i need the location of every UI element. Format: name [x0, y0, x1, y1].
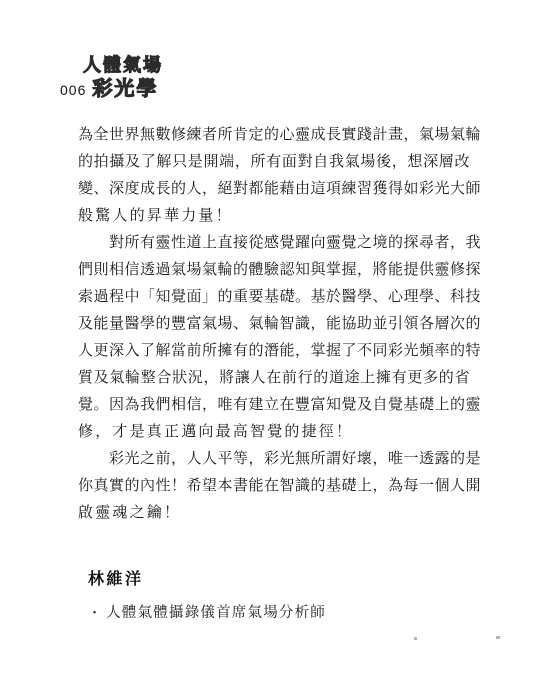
text-line: 為全世界無數修練者所肯定的心靈成長實踐計畫，氣場氣輪 — [78, 122, 470, 149]
text-line: 人更深入了解當前所擁有的潛能，掌握了不同彩光頻率的特 — [78, 338, 470, 365]
paragraph: 對所有靈性道上直接從感覺躍向靈覺之境的探尋者，我們則相信透過氣場氣輪的體驗認知與… — [78, 230, 470, 446]
bullet-icon: ・ — [88, 602, 102, 621]
text-line: 質及氣輪整合狀況，將讓人在前行的道途上擁有更多的省 — [78, 365, 470, 392]
text-line: 你真實的內性！希望本書能在智識的基礎上，為每一個人開 — [78, 473, 470, 500]
scan-speck — [414, 637, 417, 640]
text-line: 彩光之前，人人平等，彩光無所謂好壞，唯一透露的是 — [78, 446, 470, 473]
page-number: 006 — [60, 80, 86, 100]
logo-title-line1: 人體氣場 — [83, 54, 163, 76]
author-credential-row: ・ 人體氣體攝錄儀首席氣場分析師 — [88, 601, 326, 622]
logo-title-line2: 彩光學 — [92, 78, 158, 100]
text-line: 變、深度成長的人，絕對都能藉由這項練習獲得如彩光大師 — [78, 176, 470, 203]
text-line: 的拍攝及了解只是開端，所有面對自我氣場後，想深層改 — [78, 149, 470, 176]
text-line: 修，才是真正邁向最高智覺的捷徑！ — [78, 419, 470, 446]
signature-block: 林維洋 ・ 人體氣體攝錄儀首席氣場分析師 — [88, 566, 326, 622]
text-line: 索過程中「知覺面」的重要基礎。基於醫學、心理學、科技 — [78, 284, 470, 311]
author-name: 林維洋 — [88, 566, 326, 589]
text-line: 對所有靈性道上直接從感覺躍向靈覺之境的探尋者，我 — [78, 230, 470, 257]
text-line: 及能量醫學的豐富氣場、氣輪智識，能協助並引領各層次的 — [78, 311, 470, 338]
paragraph: 彩光之前，人人平等，彩光無所謂好壞，唯一透露的是你真實的內性！希望本書能在智識的… — [78, 446, 470, 527]
book-page: 人體氣場 006 彩光學 為全世界無數修練者所肯定的心靈成長實踐計畫，氣場氣輪的… — [0, 0, 546, 685]
scan-speck — [496, 636, 500, 639]
text-line: 啟靈魂之鑰！ — [78, 500, 470, 527]
body-text: 為全世界無數修練者所肯定的心靈成長實踐計畫，氣場氣輪的拍攝及了解只是開端，所有面… — [78, 122, 470, 527]
text-line: 覺。因為我們相信，唯有建立在豐富知覺及自覺基礎上的靈 — [78, 392, 470, 419]
logo-row: 006 彩光學 — [60, 78, 163, 100]
text-line: 們則相信透過氣場氣輪的體驗認知與掌握，將能提供靈修探 — [78, 257, 470, 284]
header-logo: 人體氣場 006 彩光學 — [60, 54, 163, 100]
text-line: 般驚人的昇華力量！ — [78, 203, 470, 230]
paragraph: 為全世界無數修練者所肯定的心靈成長實踐計畫，氣場氣輪的拍攝及了解只是開端，所有面… — [78, 122, 470, 230]
author-credential: 人體氣體攝錄儀首席氣場分析師 — [106, 601, 326, 622]
